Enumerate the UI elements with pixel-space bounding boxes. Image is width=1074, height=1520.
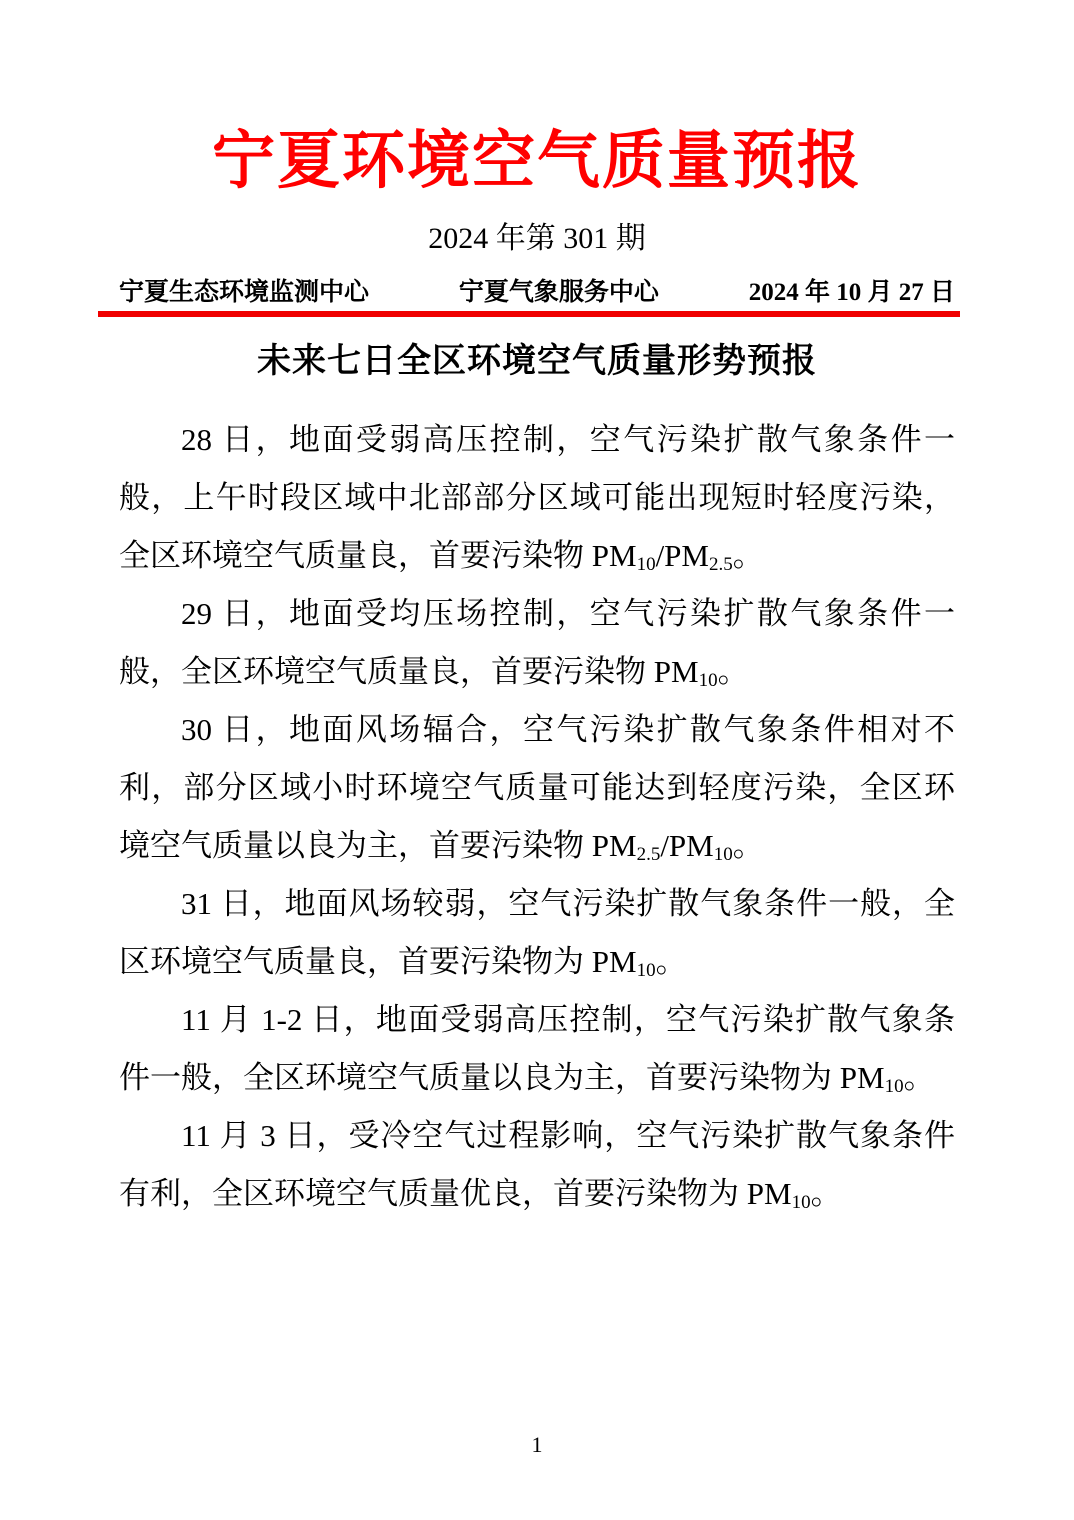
pollutant-subscript: 10 <box>885 1076 904 1097</box>
paragraph-text: /PM <box>656 538 709 573</box>
paragraph-text: /PM <box>660 828 713 863</box>
paragraph-text: 。 <box>656 944 687 979</box>
forecast-body: 28 日，地面受弱高压控制，空气污染扩散气象条件一般，上午时段区域中北部部分区域… <box>119 411 955 1223</box>
pollutant-subscript: 10 <box>699 670 718 691</box>
org-meteorological-center: 宁夏气象服务中心 <box>459 278 659 308</box>
org-monitoring-center: 宁夏生态环境监测中心 <box>119 278 369 308</box>
page-number: 1 <box>0 1432 1074 1458</box>
paragraph-text: 。 <box>733 828 764 863</box>
forecast-paragraph: 11 月 1-2 日，地面受弱高压控制，空气污染扩散气象条件一般，全区环境空气质… <box>119 991 955 1107</box>
paragraph-text: 31 日，地面风场较弱，空气污染扩散气象条件一般，全区环境空气质量良，首要污染物… <box>119 886 955 979</box>
paragraph-text: 28 日，地面受弱高压控制，空气污染扩散气象条件一般，上午时段区域中北部部分区域… <box>119 422 955 573</box>
forecast-paragraph: 30 日，地面风场辐合，空气污染扩散气象条件相对不利，部分区域小时环境空气质量可… <box>119 701 955 875</box>
paragraph-text: 。 <box>733 538 764 573</box>
pollutant-subscript: 10 <box>714 844 733 865</box>
pollutant-subscript: 10 <box>637 554 656 575</box>
report-page: 宁夏环境空气质量预报 2024 年第 301 期 宁夏生态环境监测中心 宁夏气象… <box>0 0 1074 1520</box>
forecast-paragraph: 29 日，地面受均压场控制，空气污染扩散气象条件一般，全区环境空气质量良，首要污… <box>119 585 955 701</box>
pollutant-subscript: 10 <box>637 960 656 981</box>
forecast-paragraph: 28 日，地面受弱高压控制，空气污染扩散气象条件一般，上午时段区域中北部部分区域… <box>119 411 955 585</box>
report-title: 宁夏环境空气质量预报 <box>0 122 1074 200</box>
forecast-paragraph: 11 月 3 日，受冷空气过程影响，空气污染扩散气象条件有利，全区环境空气质量优… <box>119 1107 955 1223</box>
issue-date: 2024 年 10 月 27 日 <box>749 278 955 308</box>
pollutant-subscript: 2.5 <box>709 554 733 575</box>
paragraph-text: 11 月 1-2 日，地面受弱高压控制，空气污染扩散气象条件一般，全区环境空气质… <box>119 1002 955 1095</box>
forecast-paragraph: 31 日，地面风场较弱，空气污染扩散气象条件一般，全区环境空气质量良，首要污染物… <box>119 875 955 991</box>
section-heading: 未来七日全区环境空气质量形势预报 <box>0 341 1074 383</box>
pollutant-subscript: 2.5 <box>637 844 661 865</box>
paragraph-text: 。 <box>904 1060 935 1095</box>
paragraph-text: 。 <box>811 1176 842 1211</box>
pollutant-subscript: 10 <box>792 1192 811 1213</box>
paragraph-text: 。 <box>718 654 749 689</box>
paragraph-text: 30 日，地面风场辐合，空气污染扩散气象条件相对不利，部分区域小时环境空气质量可… <box>119 712 955 863</box>
masthead-row: 宁夏生态环境监测中心 宁夏气象服务中心 2024 年 10 月 27 日 <box>119 278 955 308</box>
red-divider-rule <box>98 311 960 317</box>
paragraph-text: 29 日，地面受均压场控制，空气污染扩散气象条件一般，全区环境空气质量良，首要污… <box>119 596 955 689</box>
issue-number: 2024 年第 301 期 <box>0 220 1074 258</box>
